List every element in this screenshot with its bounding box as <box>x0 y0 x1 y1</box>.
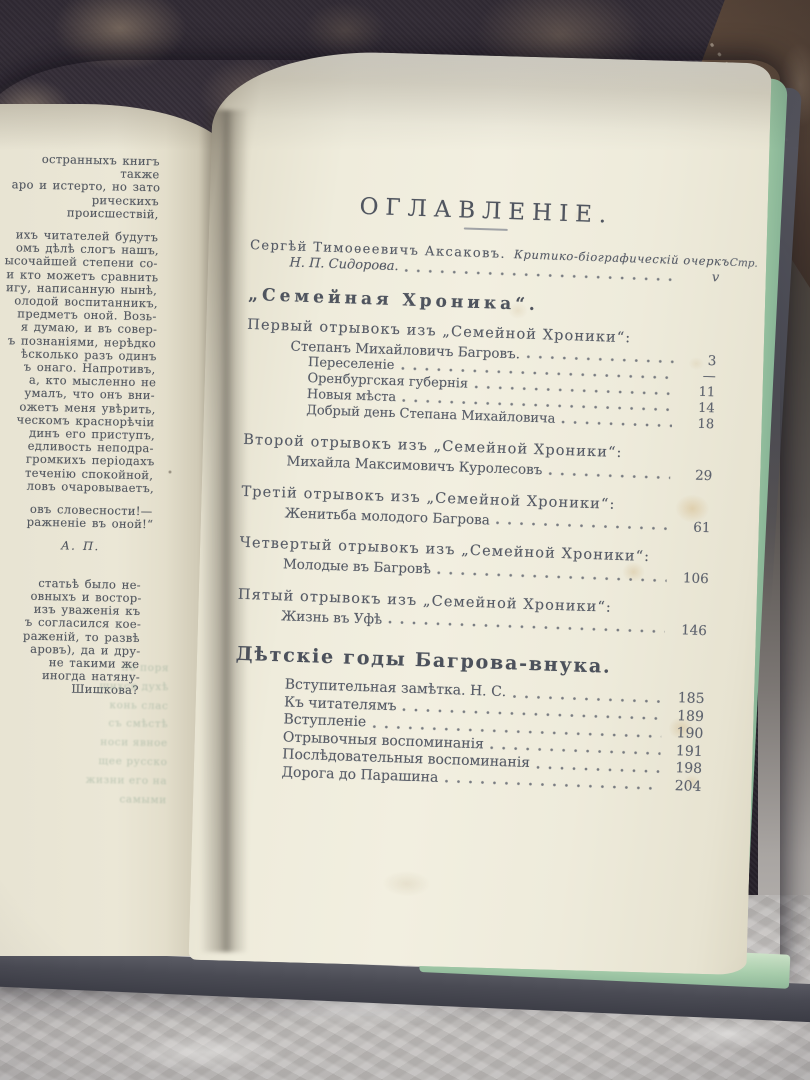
toc-part2-entries: Вступительная замѣтка. Н. С.185Къ читате… <box>231 675 704 796</box>
toc-entry-page: v <box>683 269 720 287</box>
toc-entry-page: 11 <box>679 384 716 401</box>
left-page-line: ловъ очаровываетъ, <box>0 479 154 496</box>
toc-section: Второй отрывокъ изъ „Семейной Хроники“:М… <box>242 432 713 485</box>
essay-author: Н. П. Сидорова. <box>289 255 399 275</box>
toc-section: Третій отрывокъ изъ „Семейной Хроники“:Ж… <box>240 483 711 536</box>
toc-entry-page: 14 <box>678 400 715 417</box>
part2-title: Дѣтскіе годы Багрова-внука. <box>235 643 705 681</box>
dot-leader <box>496 517 669 534</box>
toc-entry-page: 3 <box>680 352 717 370</box>
dot-leader <box>404 264 677 285</box>
toc-entry-page: 191 <box>666 742 703 761</box>
toc-entry-label: Жизнь въ Уфѣ <box>281 608 383 628</box>
toc-entry-page: 189 <box>668 707 705 726</box>
left-page-paragraph: остранныхъ книгъ такжеаро и истерто, но … <box>0 152 160 221</box>
toc-entry-page: 18 <box>678 416 715 433</box>
toc-section: Четвертый отрывокъ изъ „Семейной Хроники… <box>239 535 710 588</box>
toc-entry-page: 106 <box>672 570 709 588</box>
toc-entry-page: — <box>679 368 716 385</box>
toc-sections: Первый отрывокъ изъ „Семейной Хроники“:С… <box>237 316 717 639</box>
dot-leader <box>548 467 670 482</box>
toc-section: Пятый отрывокъ изъ „Семейной Хроники“:Жи… <box>237 586 708 639</box>
left-page-paragraph: ихъ читателей будутъомъ дѣлѣ слогъ нашъ,… <box>0 228 158 495</box>
toc-section: Первый отрывокъ изъ „Семейной Хроники“:С… <box>244 316 717 433</box>
toc-entry-page: 185 <box>668 690 705 709</box>
table-of-contents: ОГЛАВЛЕНІЕ. Сергѣй Тимоѳеевичъ Аксаковъ.… <box>231 190 721 796</box>
toc-entry-page: 204 <box>665 777 702 796</box>
book-photo: остранныхъ книгъ такжеаро и истерто, но … <box>0 0 810 1080</box>
left-page-line: ражненіе въ оной!“ <box>0 515 153 532</box>
toc-entry-page: 146 <box>671 621 708 639</box>
part1-title: „Семейная Хроника“. <box>248 284 718 320</box>
left-page-text: остранныхъ книгъ такжеаро и истерто, но … <box>0 152 164 708</box>
dot-leader <box>388 616 665 637</box>
dot-leader <box>437 566 667 585</box>
toc-entry-label: Михайла Максимовичъ Куролесовъ <box>286 453 542 478</box>
toc-entry-label: Молодые въ Багровѣ <box>283 556 432 578</box>
dot-leader <box>561 416 672 431</box>
page-column-header: Стр. <box>730 257 758 270</box>
toc-entry-page: 29 <box>676 467 713 485</box>
bleedthrough-line: самыми <box>1 788 167 810</box>
toc-entry-page: 61 <box>674 518 711 536</box>
toc-entry-label: Женитьба молодого Багрова <box>284 505 490 529</box>
left-page-signature: А. П. <box>0 538 152 555</box>
toc-entry-page: 190 <box>667 725 704 744</box>
title-rule <box>464 227 508 231</box>
left-page-paragraph: овъ словесности!—ражненіе въ оной!“ <box>0 502 153 532</box>
left-page-bleedthrough: по поряшихся духѣконь слассъ смѣстѣноси … <box>1 656 198 810</box>
left-page-line: рическихъ происшествій, <box>0 192 159 222</box>
toc-entry-page: 198 <box>666 760 703 779</box>
